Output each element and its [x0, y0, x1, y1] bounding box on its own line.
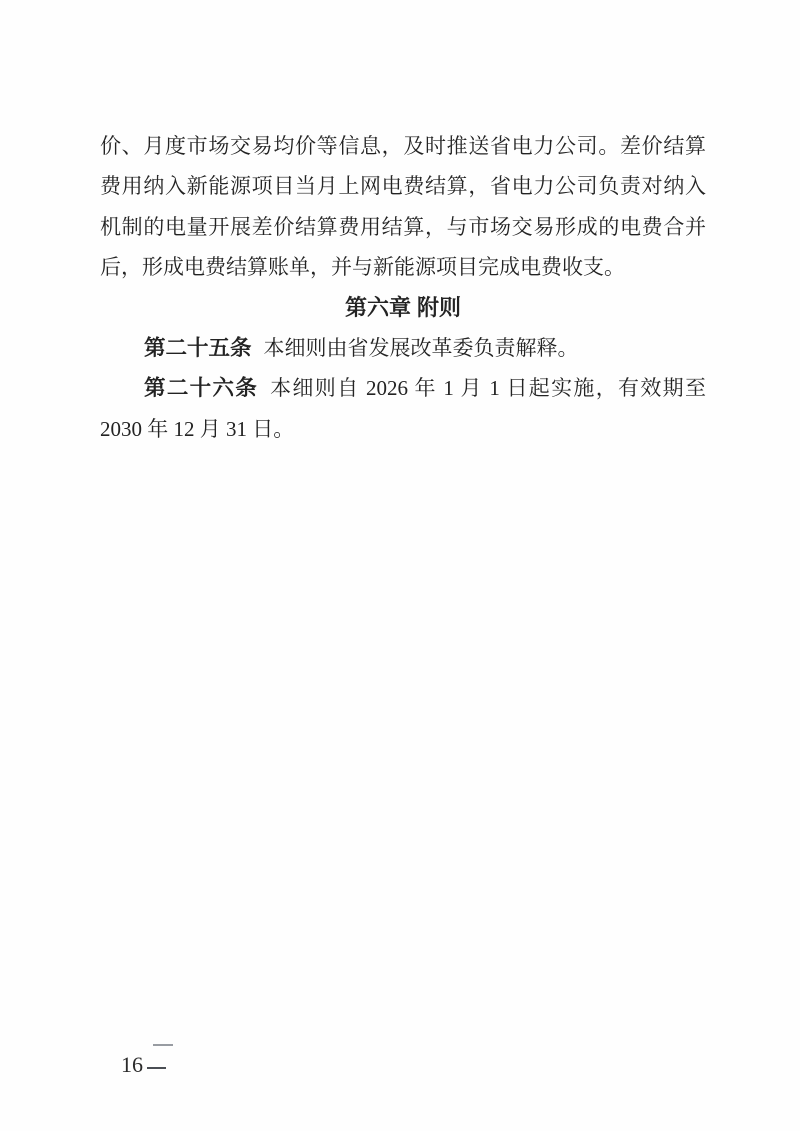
paragraph-line: 费用纳入新能源项目当月上网电费结算，省电力公司负责对纳入 — [100, 166, 706, 206]
paragraph-line: 后，形成电费结算账单，并与新能源项目完成电费收支。 — [100, 247, 706, 287]
article-25-text: 本细则由省发展改革委负责解释。 — [264, 336, 579, 360]
article-26-line-1: 第二十六条本细则自 2026 年 1 月 1 日起实施，有效期至 — [100, 368, 706, 408]
document-body: 价、月度市场交易均价等信息，及时推送省电力公司。差价结算 费用纳入新能源项目当月… — [100, 126, 706, 449]
paragraph-line: 机制的电量开展差价结算费用结算，与市场交易形成的电费合并 — [100, 207, 706, 247]
chapter-heading: 第六章 附则 — [100, 288, 706, 328]
document-page: 价、月度市场交易均价等信息，及时推送省电力公司。差价结算 费用纳入新能源项目当月… — [0, 0, 800, 1131]
paragraph-line: 价、月度市场交易均价等信息，及时推送省电力公司。差价结算 — [100, 126, 706, 166]
article-26-line-2: 2030 年 12 月 31 日。 — [100, 409, 706, 449]
page-number-dash-bottom — [147, 1067, 166, 1069]
article-26-number: 第二十六条 — [144, 376, 258, 400]
page-number-dash-top — [153, 1044, 173, 1046]
article-26-text-part-1: 本细则自 2026 年 1 月 1 日起实施，有效期至 — [270, 376, 706, 400]
article-25: 第二十五条本细则由省发展改革委负责解释。 — [100, 328, 706, 368]
page-number: 16 — [121, 1052, 143, 1078]
article-25-number: 第二十五条 — [144, 336, 252, 360]
